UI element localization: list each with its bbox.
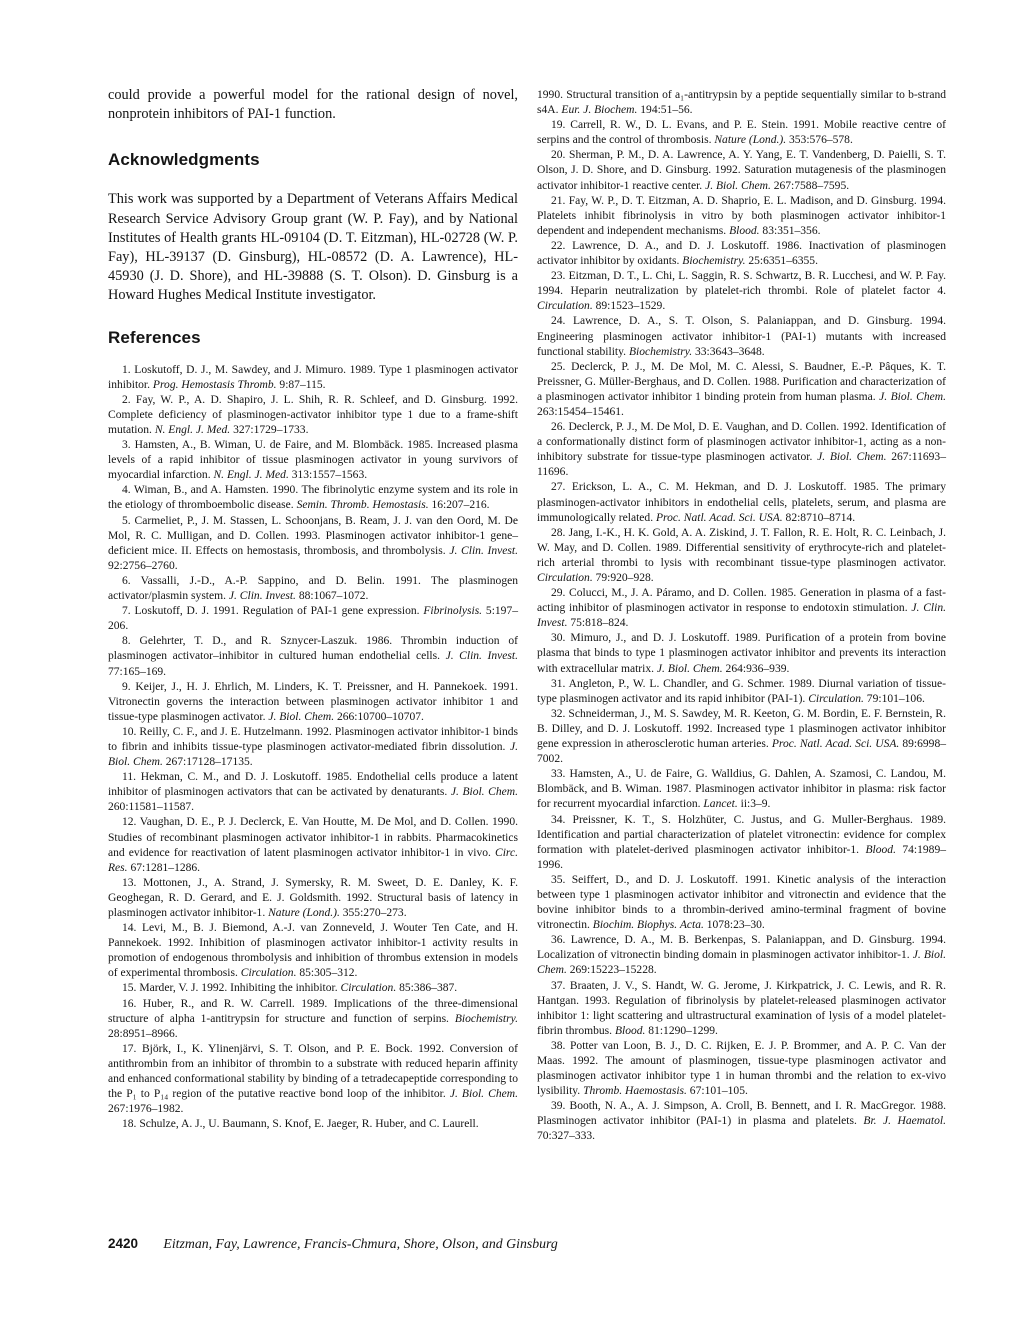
reference-journal: J. Biol. Chem. bbox=[450, 1088, 518, 1100]
reference-item: 27. Erickson, L. A., C. M. Hekman, and D… bbox=[537, 480, 946, 525]
reference-journal: J. Clin. Invest. bbox=[446, 650, 518, 662]
reference-volume-pages: 79:920–928. bbox=[593, 572, 654, 584]
reference-journal: Prog. Hemostasis Thromb. bbox=[153, 379, 277, 391]
reference-journal: J. Biol. Chem. bbox=[451, 786, 518, 798]
reference-text: 18. Schulze, A. J., U. Baumann, S. Knof,… bbox=[122, 1118, 479, 1130]
reference-text: 23. Eitzman, D. T., L. Chi, L. Saggin, R… bbox=[537, 270, 946, 297]
reference-journal: Fibrinolysis. bbox=[423, 605, 482, 617]
reference-journal: Semin. Thromb. Hemostasis. bbox=[297, 499, 429, 511]
reference-text: 28. Jang, I.-K., H. K. Gold, A. A. Ziski… bbox=[537, 527, 946, 569]
reference-volume-pages: 82:8710–8714. bbox=[783, 512, 856, 524]
reference-item: 17. Björk, I., K. Ylinenjärvi, S. T. Ols… bbox=[108, 1042, 518, 1117]
reference-text: 10. Reilly, C. F., and J. E. Hutzelmann.… bbox=[108, 726, 518, 753]
reference-journal: J. Biol. Chem. bbox=[817, 451, 886, 463]
reference-item: 7. Loskutoff, D. J. 1991. Regulation of … bbox=[108, 604, 518, 634]
reference-item: 26. Declerck, P. J., M. De Mol, D. E. Va… bbox=[537, 420, 946, 480]
reference-volume-pages: 85:386–387. bbox=[396, 982, 457, 994]
reference-item: 24. Lawrence, D. A., S. T. Olson, S. Pal… bbox=[537, 314, 946, 359]
reference-journal: J. Clin. Invest. bbox=[229, 590, 296, 602]
reference-journal: J. Biol. Chem. bbox=[268, 711, 334, 723]
left-column: could provide a powerful model for the r… bbox=[108, 86, 518, 1132]
reference-item: 5. Carmeliet, P., J. M. Stassen, L. Scho… bbox=[108, 514, 518, 574]
reference-volume-pages: 67:101–105. bbox=[687, 1085, 748, 1097]
references-heading: References bbox=[108, 328, 518, 348]
reference-text: 37. Braaten, J. V., S. Handt, W. G. Jero… bbox=[537, 980, 946, 1037]
reference-journal: Nature (Lond.). bbox=[268, 907, 340, 919]
reference-text: 29. Colucci, M., J. A. Páramo, and D. Co… bbox=[537, 587, 946, 614]
reference-item: 4. Wiman, B., and A. Hamsten. 1990. The … bbox=[108, 483, 518, 513]
reference-journal: Eur. J. Biochem. bbox=[561, 104, 637, 116]
reference-volume-pages: 28:8951–8966. bbox=[108, 1028, 178, 1040]
reference-journal: Circulation. bbox=[341, 982, 397, 994]
reference-list-right: 1990. Structural transition of a₁-antitr… bbox=[537, 88, 946, 1145]
reference-volume-pages: 267:1976–1982. bbox=[108, 1103, 183, 1115]
reference-item: 39. Booth, N. A., A. J. Simpson, A. Crol… bbox=[537, 1099, 946, 1144]
reference-volume-pages: 83:351–356. bbox=[760, 225, 821, 237]
reference-volume-pages: 260:11581–11587. bbox=[108, 801, 194, 813]
reference-journal: Blood. bbox=[615, 1025, 645, 1037]
reference-item: 31. Angleton, P., W. L. Chandler, and G.… bbox=[537, 677, 946, 707]
reference-volume-pages: 81:1290–1299. bbox=[645, 1025, 718, 1037]
reference-volume-pages: 25:6351–6355. bbox=[745, 255, 818, 267]
reference-volume-pages: 269:15223–15228. bbox=[567, 964, 657, 976]
reference-item: 13. Mottonen, J., A. Strand, J. Symersky… bbox=[108, 876, 518, 921]
reference-item: 37. Braaten, J. V., S. Handt, W. G. Jero… bbox=[537, 979, 946, 1039]
reference-journal: J. Biol. Chem. bbox=[657, 663, 723, 675]
reference-item: 6. Vassalli, J.-D., A.-P. Sappino, and D… bbox=[108, 574, 518, 604]
reference-volume-pages: 353:576–578. bbox=[786, 134, 853, 146]
reference-journal: Thromb. Haemostasis. bbox=[583, 1085, 687, 1097]
reference-list-left: 1. Loskutoff, D. J., M. Sawdey, and J. M… bbox=[108, 363, 518, 1133]
reference-volume-pages: 33:3643–3648. bbox=[692, 346, 765, 358]
reference-item: 23. Eitzman, D. T., L. Chi, L. Saggin, R… bbox=[537, 269, 946, 314]
reference-item: 35. Seiffert, D., and D. J. Loskutoff. 1… bbox=[537, 873, 946, 933]
reference-volume-pages: 79:101–106. bbox=[864, 693, 925, 705]
reference-volume-pages: 355:270–273. bbox=[340, 907, 407, 919]
reference-journal: Blood. bbox=[729, 225, 759, 237]
reference-item: 38. Potter van Loon, B. J., D. C. Rijken… bbox=[537, 1039, 946, 1099]
reference-volume-pages: 263:15454–15461. bbox=[537, 406, 624, 418]
reference-volume-pages: 313:1557–1563. bbox=[289, 469, 367, 481]
page-footer: 2420 Eitzman, Fay, Lawrence, Francis-Chm… bbox=[108, 1236, 558, 1252]
reference-journal: N. Engl. J. Med. bbox=[213, 469, 288, 481]
reference-journal: Proc. Natl. Acad. Sci. USA. bbox=[772, 738, 899, 750]
reference-item: 34. Preissner, K. T., S. Holzhüter, C. J… bbox=[537, 813, 946, 873]
reference-volume-pages: 266:10700–10707. bbox=[334, 711, 424, 723]
reference-item: 2. Fay, W. P., A. D. Shapiro, J. L. Shih… bbox=[108, 393, 518, 438]
reference-volume-pages: 67:1281–1286. bbox=[128, 862, 201, 874]
reference-journal: Circulation. bbox=[241, 967, 297, 979]
reference-journal: Circulation. bbox=[537, 572, 593, 584]
reference-item: 15. Marder, V. J. 1992. Inhibiting the i… bbox=[108, 981, 518, 996]
reference-volume-pages: ii:3–9. bbox=[738, 798, 771, 810]
reference-text: 12. Vaughan, D. E., P. J. Declerck, E. V… bbox=[108, 816, 518, 858]
reference-journal: Biochemistry. bbox=[682, 255, 745, 267]
reference-item: 10. Reilly, C. F., and J. E. Hutzelmann.… bbox=[108, 725, 518, 770]
reference-journal: Br. J. Haematol. bbox=[863, 1115, 946, 1127]
reference-volume-pages: 89:1523–1529. bbox=[593, 300, 666, 312]
intro-continuation-paragraph: could provide a powerful model for the r… bbox=[108, 86, 518, 124]
reference-journal: J. Biol. Chem. bbox=[879, 391, 946, 403]
reference-item: 20. Sherman, P. M., D. A. Lawrence, A. Y… bbox=[537, 148, 946, 193]
running-head-authors: Eitzman, Fay, Lawrence, Francis-Chmura, … bbox=[163, 1236, 557, 1251]
reference-item: 11. Hekman, C. M., and D. J. Loskutoff. … bbox=[108, 770, 518, 815]
reference-item: 29. Colucci, M., J. A. Páramo, and D. Co… bbox=[537, 586, 946, 631]
reference-text: 7. Loskutoff, D. J. 1991. Regulation of … bbox=[122, 605, 423, 617]
reference-journal: Biochemistry. bbox=[455, 1013, 518, 1025]
reference-item: 28. Jang, I.-K., H. K. Gold, A. A. Ziski… bbox=[537, 526, 946, 586]
reference-text: 36. Lawrence, D. A., M. B. Berkenpas, S.… bbox=[537, 934, 946, 961]
reference-item: 8. Gelehrter, T. D., and R. Sznycer-Lasz… bbox=[108, 634, 518, 679]
reference-journal: Biochemistry. bbox=[629, 346, 692, 358]
reference-item: 25. Declerck, P. J., M. De Mol, M. C. Al… bbox=[537, 360, 946, 420]
reference-item: 30. Mimuro, J., and D. J. Loskutoff. 198… bbox=[537, 631, 946, 676]
reference-volume-pages: 77:165–169. bbox=[108, 666, 166, 678]
reference-journal: J. Biol. Chem. bbox=[705, 180, 771, 192]
page-number: 2420 bbox=[108, 1236, 138, 1251]
reference-item: 21. Fay, W. P., D. T. Eitzman, A. D. Sha… bbox=[537, 194, 946, 239]
reference-volume-pages: 16:207–216. bbox=[429, 499, 490, 511]
reference-journal: Proc. Natl. Acad. Sci. USA. bbox=[656, 512, 783, 524]
reference-journal: Lancet. bbox=[703, 798, 737, 810]
reference-volume-pages: 267:17128–17135. bbox=[163, 756, 253, 768]
reference-journal: N. Engl. J. Med. bbox=[155, 424, 230, 436]
acknowledgments-paragraph: This work was supported by a Department … bbox=[108, 190, 518, 305]
reference-item: 14. Levi, M., B. J. Biemond, A.-J. van Z… bbox=[108, 921, 518, 981]
reference-item: 12. Vaughan, D. E., P. J. Declerck, E. V… bbox=[108, 815, 518, 875]
reference-volume-pages: 1078:23–30. bbox=[704, 919, 765, 931]
reference-volume-pages: 75:818–824. bbox=[567, 617, 628, 629]
reference-volume-pages: 264:936–939. bbox=[723, 663, 790, 675]
reference-text: 15. Marder, V. J. 1992. Inhibiting the i… bbox=[122, 982, 341, 994]
reference-journal: J. Clin. Invest. bbox=[449, 545, 518, 557]
reference-volume-pages: 9:87–115. bbox=[277, 379, 326, 391]
reference-volume-pages: 70:327–333. bbox=[537, 1130, 595, 1142]
reference-volume-pages: 85:305–312. bbox=[296, 967, 357, 979]
reference-item: 16. Huber, R., and R. W. Carrell. 1989. … bbox=[108, 997, 518, 1042]
acknowledgments-heading: Acknowledgments bbox=[108, 150, 518, 170]
reference-item: 18. Schulze, A. J., U. Baumann, S. Knof,… bbox=[108, 1117, 518, 1132]
reference-volume-pages: 267:7588–7595. bbox=[771, 180, 849, 192]
reference-volume-pages: 194:51–56. bbox=[637, 104, 692, 116]
reference-volume-pages: 92:2756–2760. bbox=[108, 560, 178, 572]
reference-journal: Biochim. Biophys. Acta. bbox=[593, 919, 704, 931]
reference-item: 33. Hamsten, A., U. de Faire, G. Walldiu… bbox=[537, 767, 946, 812]
reference-item: 1990. Structural transition of a₁-antitr… bbox=[537, 88, 946, 118]
reference-item: 9. Keijer, J., H. J. Ehrlich, M. Linders… bbox=[108, 680, 518, 725]
reference-journal: Circulation. bbox=[808, 693, 864, 705]
reference-volume-pages: 327:1729–1733. bbox=[230, 424, 308, 436]
reference-journal: Nature (Lond.). bbox=[714, 134, 786, 146]
reference-item: 3. Hamsten, A., B. Wiman, U. de Faire, a… bbox=[108, 438, 518, 483]
reference-journal: Circulation. bbox=[537, 300, 593, 312]
reference-item: 1. Loskutoff, D. J., M. Sawdey, and J. M… bbox=[108, 363, 518, 393]
reference-volume-pages: 88:1067–1072. bbox=[296, 590, 369, 602]
reference-item: 22. Lawrence, D. A., and D. J. Loskutoff… bbox=[537, 239, 946, 269]
reference-journal: Blood. bbox=[865, 844, 895, 856]
reference-item: 19. Carrell, R. W., D. L. Evans, and P. … bbox=[537, 118, 946, 148]
reference-item: 36. Lawrence, D. A., M. B. Berkenpas, S.… bbox=[537, 933, 946, 978]
right-column: 1990. Structural transition of a₁-antitr… bbox=[537, 88, 946, 1145]
reference-item: 32. Schneiderman, J., M. S. Sawdey, M. R… bbox=[537, 707, 946, 767]
